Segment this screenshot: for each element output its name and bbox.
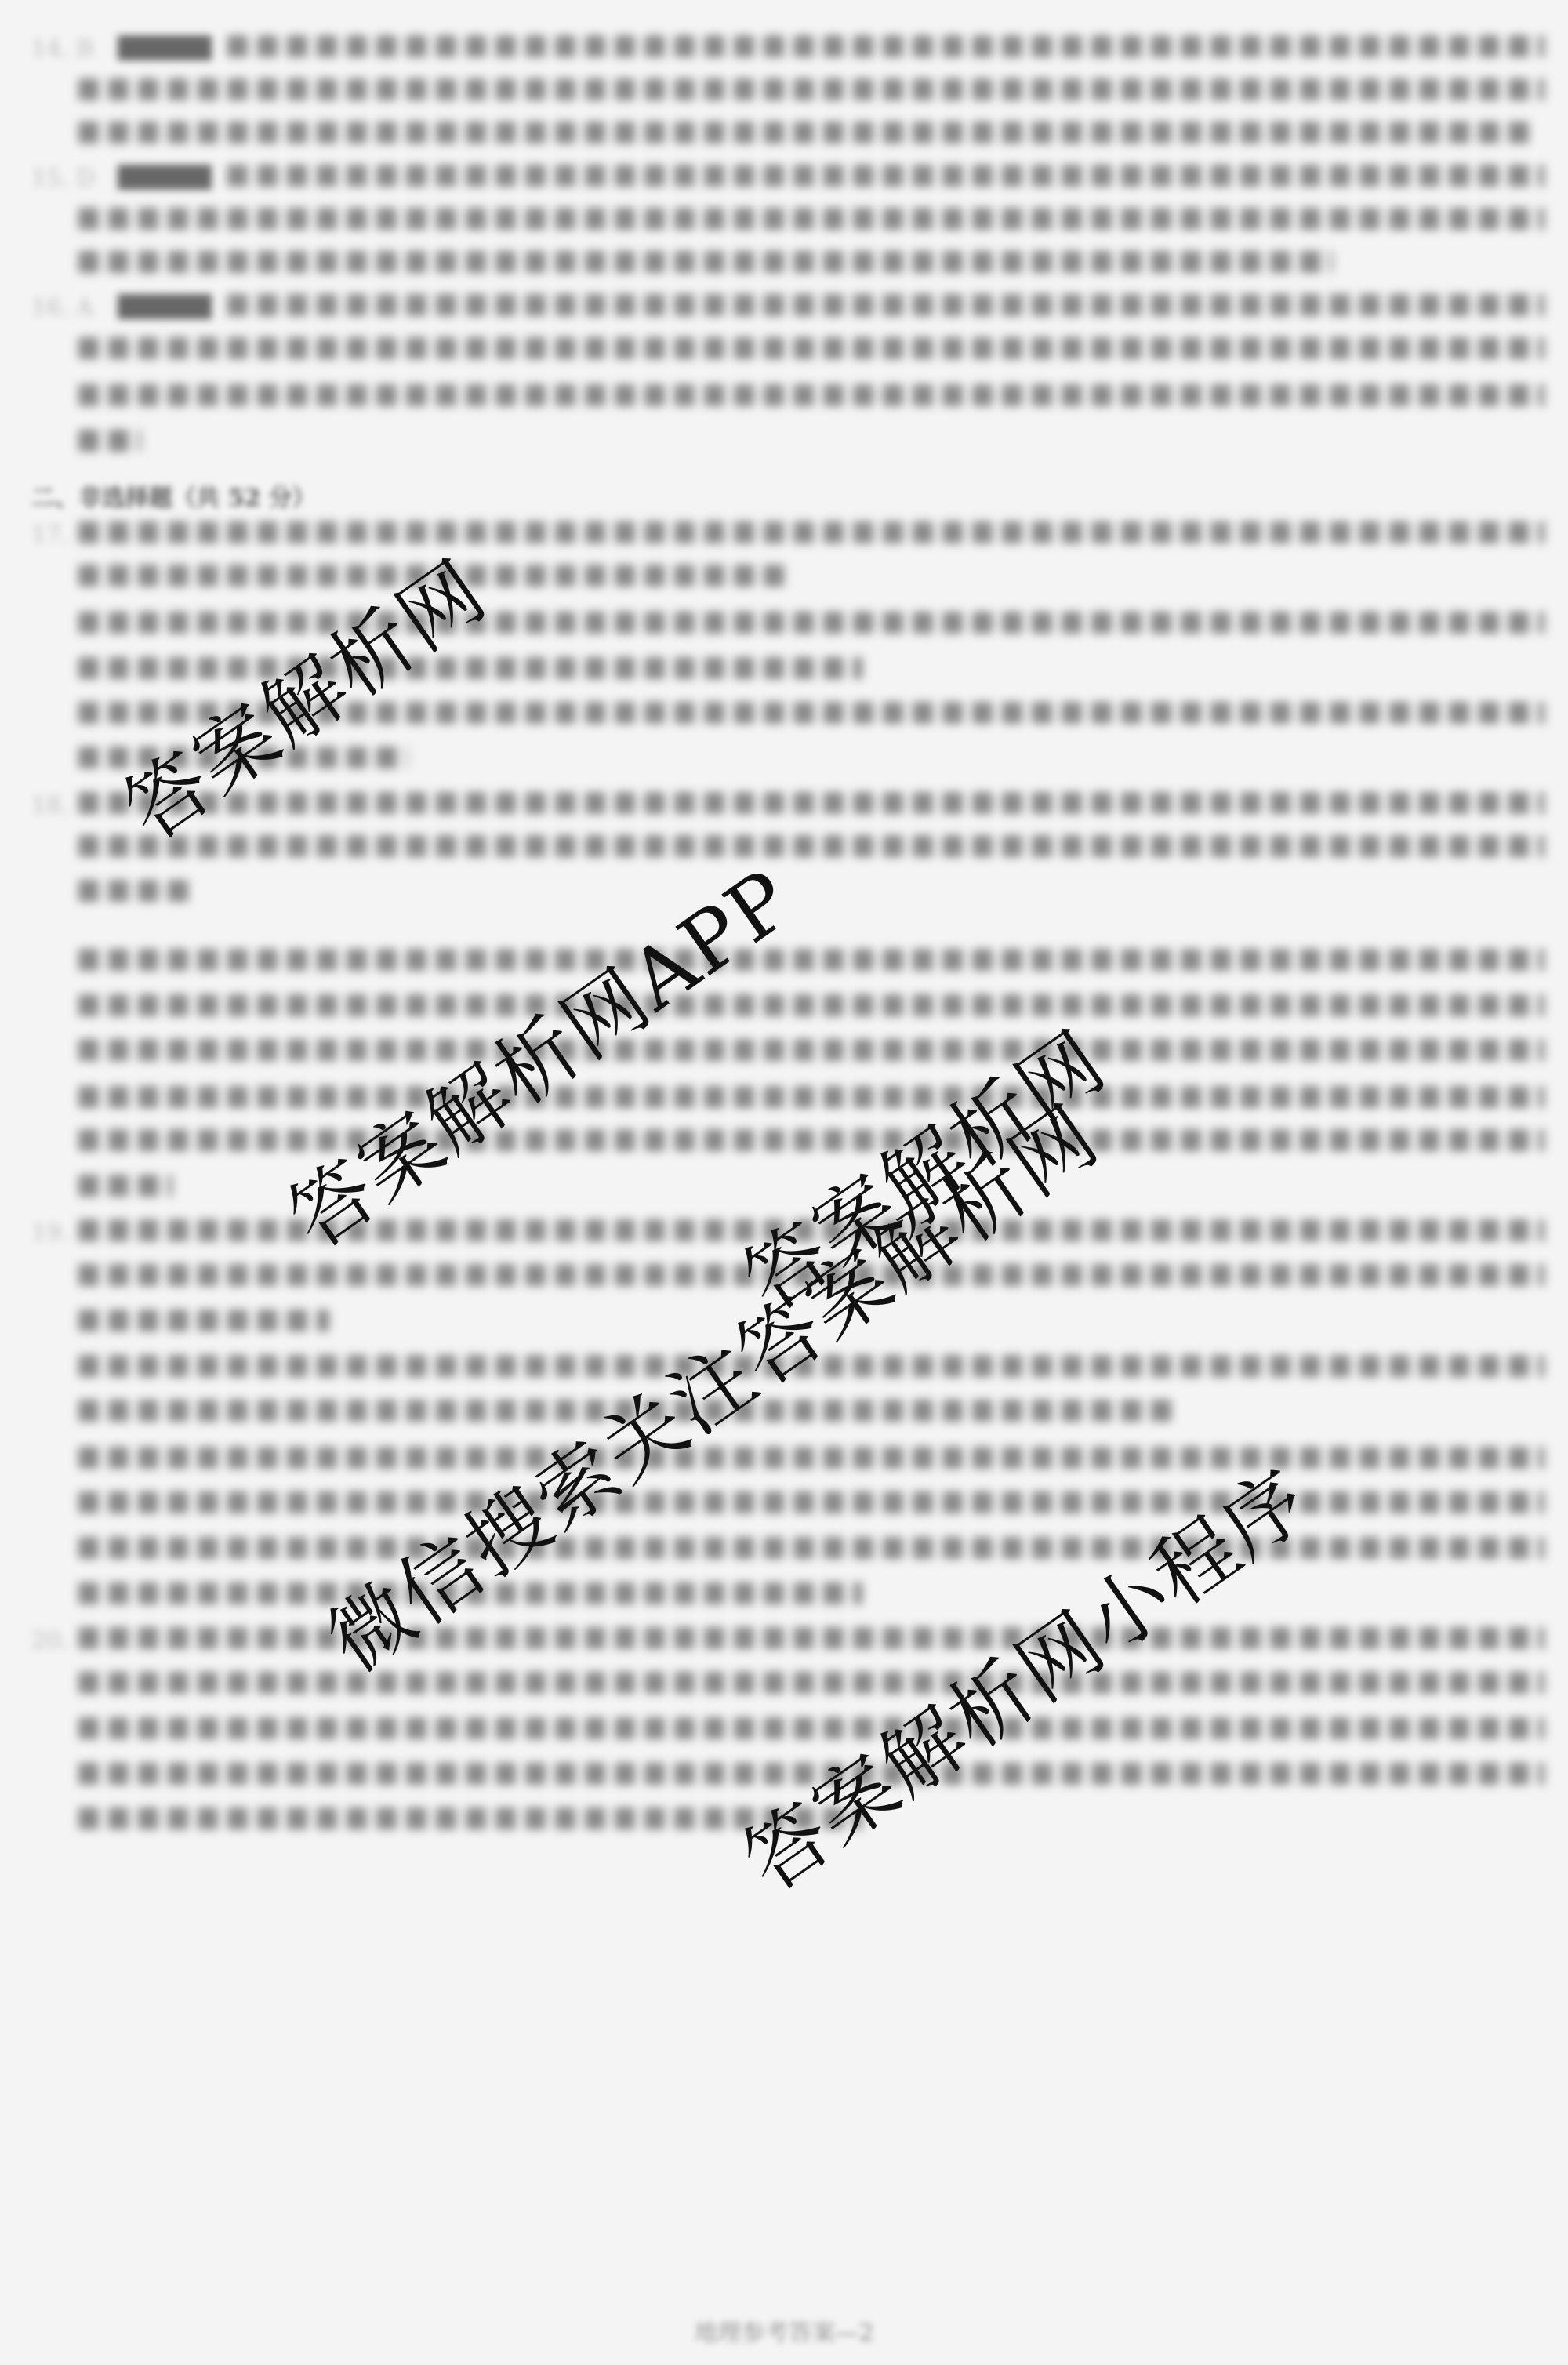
text-line [78, 1491, 1544, 1513]
analysis-tag [118, 165, 212, 190]
text-line [78, 1627, 1544, 1649]
text-line [78, 78, 1544, 100]
text-line [78, 430, 141, 452]
question-number: 15. D [31, 165, 95, 192]
text-line [78, 1537, 1544, 1559]
text-line [78, 337, 1544, 359]
text-line [78, 994, 1544, 1016]
analysis-tag [118, 294, 212, 319]
text-line [78, 835, 1544, 857]
text-line [78, 792, 1544, 814]
document-page: 14. B 15. D 16. A 二、非选择题（共 52 分） 17. 18.… [0, 0, 1568, 2365]
text-line [78, 1717, 1544, 1739]
text-line [78, 949, 1544, 971]
text-line [78, 657, 862, 679]
text-line [78, 251, 1333, 273]
text-line [78, 122, 1529, 143]
page-footer: 地理参考答案—2 [0, 2313, 1568, 2348]
question-number: 14. B [31, 35, 93, 63]
question-number: 19. [31, 1219, 69, 1247]
text-line [227, 165, 1544, 187]
text-line [78, 1310, 329, 1331]
question-number: 18. [31, 792, 69, 819]
analysis-tag [118, 35, 212, 60]
text-line [78, 1086, 1544, 1108]
text-line [78, 1175, 172, 1197]
text-line [78, 521, 1544, 543]
text-line [78, 208, 1544, 230]
text-line [78, 384, 1544, 406]
text-line [78, 1447, 1544, 1469]
text-line [78, 880, 196, 902]
question-number: 20. [31, 1627, 69, 1655]
text-line [78, 1672, 1544, 1694]
text-line [227, 35, 1544, 57]
question-number: 16. A [31, 294, 93, 322]
question-number: 17. [31, 521, 69, 549]
section-heading: 二、非选择题（共 52 分） [31, 478, 316, 513]
text-line [78, 1039, 1544, 1061]
text-line [227, 294, 1544, 316]
